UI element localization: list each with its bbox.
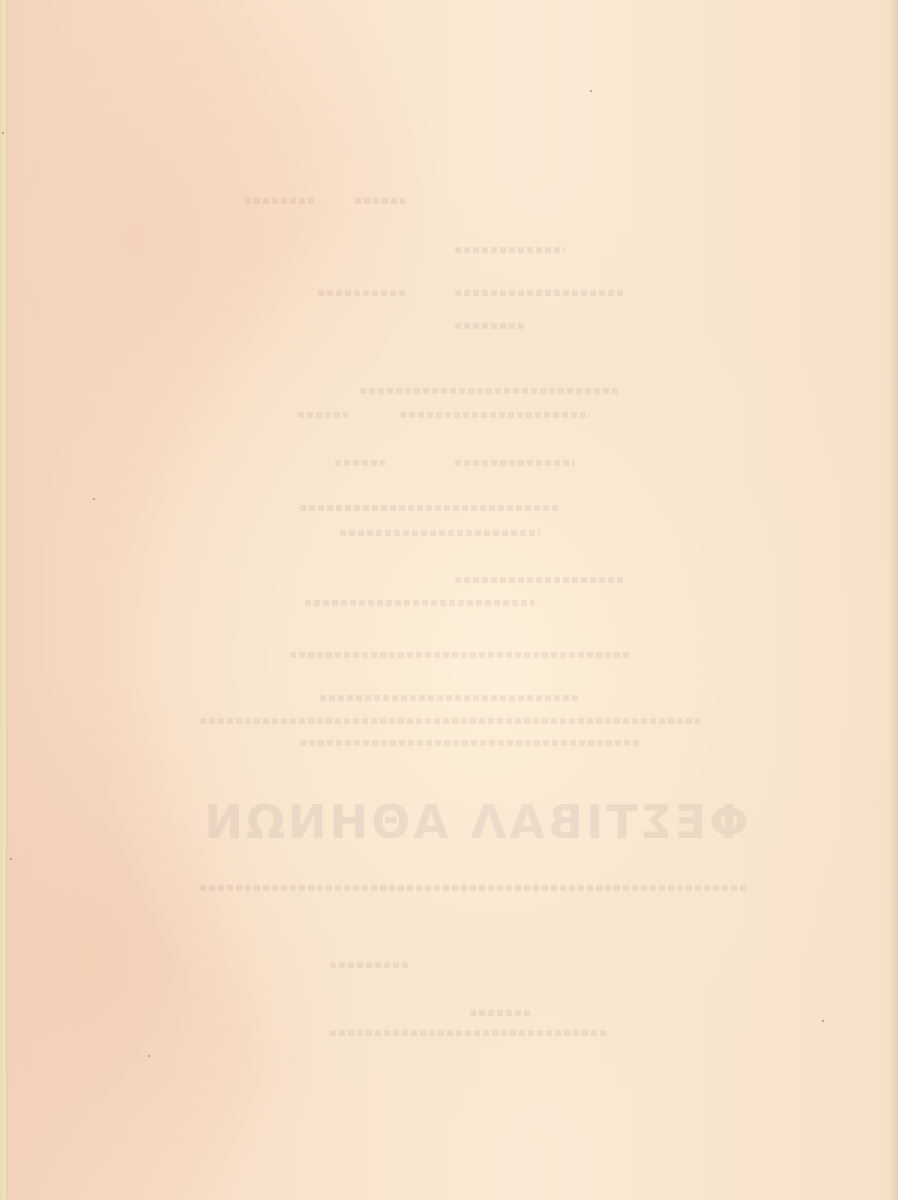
bleed-through-line: [320, 695, 580, 701]
bleed-through-line: [330, 1030, 610, 1036]
dust-speck: [93, 498, 95, 500]
paper-right-edge: [888, 0, 898, 1200]
bleed-through-line: [300, 505, 560, 511]
dust-speck: [590, 90, 592, 92]
bleed-through-line: [455, 460, 575, 466]
dust-speck: [822, 1020, 824, 1022]
bleed-through-line: [290, 652, 630, 658]
paper-left-edge: [0, 0, 7, 1200]
dust-speck: [10, 858, 12, 860]
bleed-through-line: [298, 412, 348, 418]
bleed-through-line: [470, 1010, 530, 1016]
dust-speck: [2, 132, 4, 134]
bleed-through-line: [245, 198, 315, 204]
bleed-through-line: [455, 290, 625, 296]
bleed-through-line: [318, 290, 408, 296]
dust-speck: [148, 1055, 150, 1057]
bleed-through-line: [455, 323, 525, 329]
bleed-through-line: [330, 962, 410, 968]
bleed-through-line: [335, 460, 385, 466]
bleed-through-line: [355, 198, 405, 204]
bleed-through-line: [340, 530, 540, 536]
bleed-through-line: [360, 388, 620, 394]
bleed-through-line: [305, 600, 535, 606]
scanned-page: ΦΕΣΤΙΒΑΛ ΑΘΗΝΩΝ: [0, 0, 898, 1200]
bleed-through-title: ΦΕΣΤΙΒΑΛ ΑΘΗΝΩΝ: [190, 795, 760, 849]
bleed-through-line: [300, 740, 640, 746]
bleed-through-line: [200, 885, 750, 891]
bleed-through-line: [455, 247, 565, 253]
bleed-through-line: [200, 718, 700, 724]
bleed-through-line: [455, 577, 625, 583]
bleed-through-line: [400, 412, 590, 418]
